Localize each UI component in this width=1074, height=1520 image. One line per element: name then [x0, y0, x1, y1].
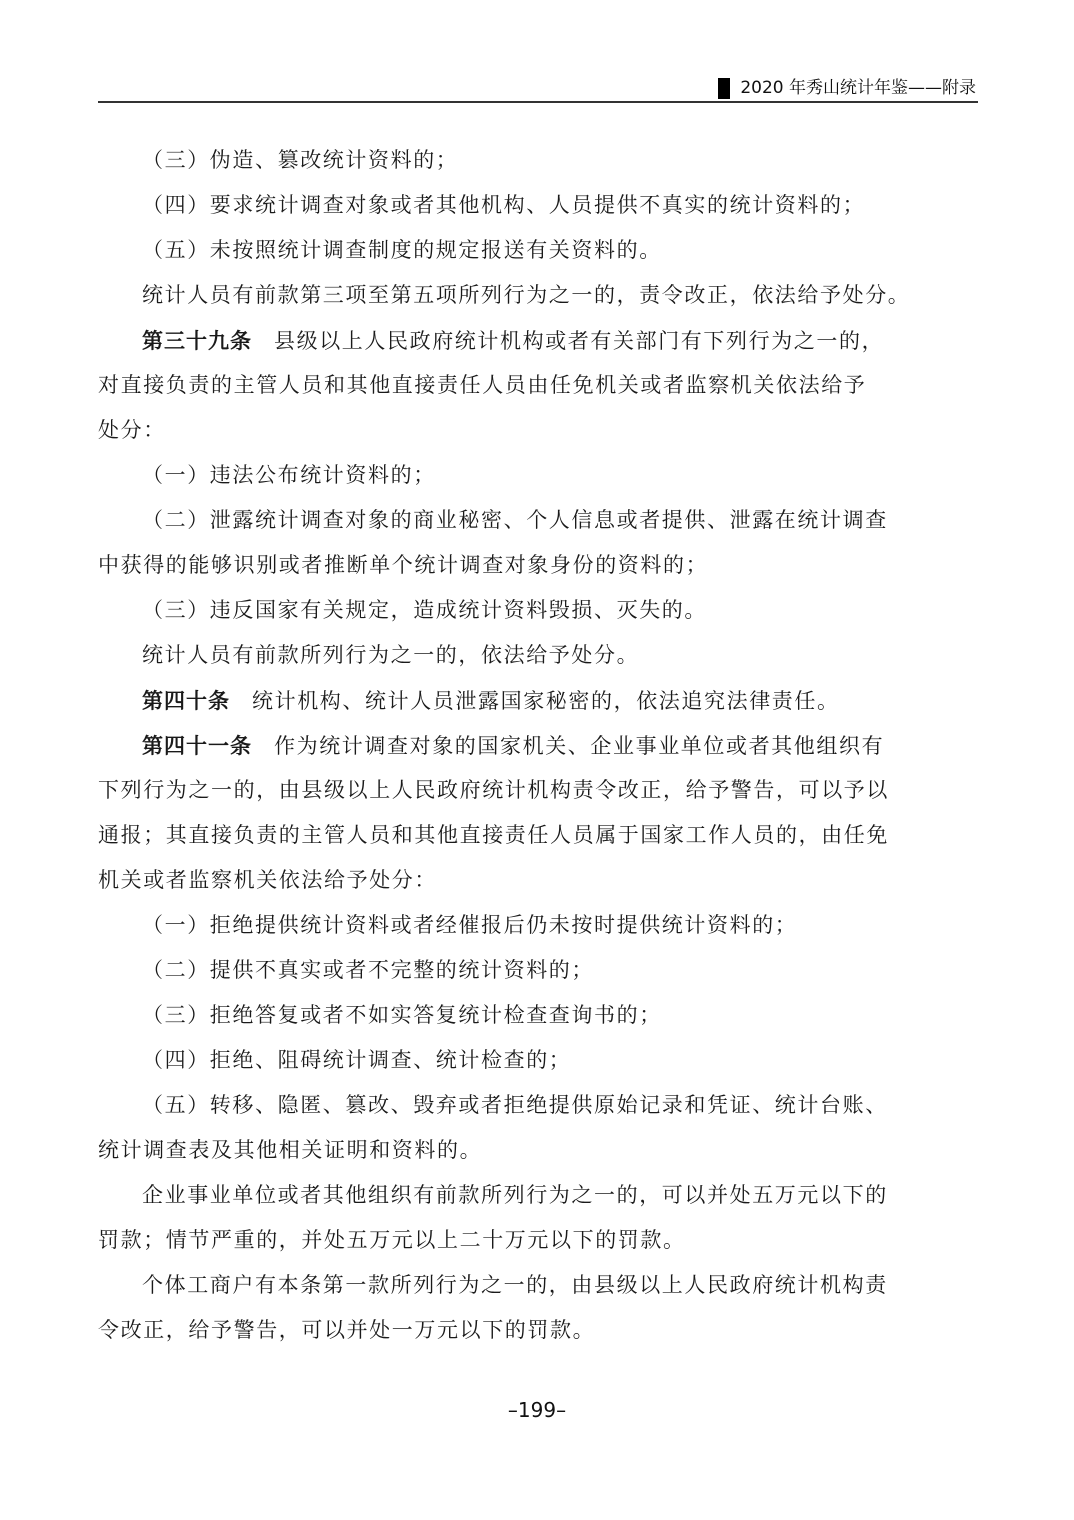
- line-text: 机关或者监察机关依法给予处分：: [98, 868, 437, 892]
- line-text: （一）拒绝提供统计资料或者经催报后仍未按时提供统计资料的；: [142, 913, 797, 937]
- header-marker-block: [718, 78, 730, 99]
- paragraph-line: （三）拒绝答复或者不如实答复统计检查查询书的；: [98, 993, 978, 1038]
- article-heading: 第三十九条: [142, 328, 252, 353]
- header-title: 2020 年秀山统计年鉴——附录: [740, 76, 976, 100]
- paragraph-line: （三）伪造、篡改统计资料的；: [98, 138, 978, 183]
- article-40-line: 第四十条统计机构、统计人员泄露国家秘密的，依法追究法律责任。: [98, 678, 978, 723]
- paragraph-line: （四）拒绝、阻碍统计调查、统计检查的；: [98, 1038, 978, 1083]
- line-text: 令改正，给予警告，可以并处一万元以下的罚款。: [98, 1318, 595, 1342]
- line-text: （三）违反国家有关规定，造成统计资料毁损、灭失的。: [142, 598, 707, 622]
- paragraph-line: 中获得的能够识别或者推断单个统计调查对象身份的资料的；: [98, 543, 978, 588]
- line-text: 企业事业单位或者其他组织有前款所列行为之一的，可以并处五万元以下的: [142, 1183, 888, 1207]
- article-heading: 第四十一条: [142, 733, 252, 758]
- header-divider: [98, 101, 978, 103]
- line-text: 作为统计调查对象的国家机关、企业事业单位或者其他组织有: [274, 734, 884, 758]
- paragraph-line: 机关或者监察机关依法给予处分：: [98, 858, 978, 903]
- line-text: 通报；其直接负责的主管人员和其他直接责任人员属于国家工作人员的，由任免: [98, 823, 889, 847]
- line-text: （三）伪造、篡改统计资料的；: [142, 148, 458, 172]
- paragraph-line: 罚款；情节严重的，并处五万元以上二十万元以下的罚款。: [98, 1218, 978, 1263]
- line-text: 个体工商户有本条第一款所列行为之一的，由县级以上人民政府统计机构责: [142, 1273, 888, 1297]
- paragraph-line: （二）提供不真实或者不完整的统计资料的；: [98, 948, 978, 993]
- line-text: （五）未按照统计调查制度的规定报送有关资料的。: [142, 238, 662, 262]
- paragraph-line: （一）违法公布统计资料的；: [98, 453, 978, 498]
- line-text: （三）拒绝答复或者不如实答复统计检查查询书的；: [142, 1003, 662, 1027]
- paragraph-line: 统计调查表及其他相关证明和资料的。: [98, 1128, 978, 1173]
- document-body: （三）伪造、篡改统计资料的； （四）要求统计调查对象或者其他机构、人员提供不真实…: [98, 138, 978, 1353]
- line-text: 统计人员有前款第三项至第五项所列行为之一的，责令改正，依法给予处分。: [142, 283, 910, 307]
- line-text: 统计人员有前款所列行为之一的，依法给予处分。: [142, 643, 639, 667]
- line-text: 县级以上人民政府统计机构或者有关部门有下列行为之一的，: [274, 329, 884, 353]
- paragraph-line: 通报；其直接负责的主管人员和其他直接责任人员属于国家工作人员的，由任免: [98, 813, 978, 858]
- header-title-wrap: 2020 年秀山统计年鉴——附录: [718, 76, 976, 100]
- line-text: （二）泄露统计调查对象的商业秘密、个人信息或者提供、泄露在统计调查: [142, 508, 888, 532]
- article-heading: 第四十条: [142, 688, 230, 713]
- line-text: 中获得的能够识别或者推断单个统计调查对象身份的资料的；: [98, 553, 708, 577]
- line-text: 下列行为之一的，由县级以上人民政府统计机构责令改正，给予警告，可以予以: [98, 778, 889, 802]
- paragraph-line: （二）泄露统计调查对象的商业秘密、个人信息或者提供、泄露在统计调查: [98, 498, 978, 543]
- line-text: 统计调查表及其他相关证明和资料的。: [98, 1138, 482, 1162]
- paragraph-line: 个体工商户有本条第一款所列行为之一的，由县级以上人民政府统计机构责: [98, 1263, 978, 1308]
- line-text: 统计机构、统计人员泄露国家秘密的，依法追究法律责任。: [252, 689, 840, 713]
- paragraph-line: 处分：: [98, 408, 978, 453]
- paragraph-line: （一）拒绝提供统计资料或者经催报后仍未按时提供统计资料的；: [98, 903, 978, 948]
- paragraph-line: 令改正，给予警告，可以并处一万元以下的罚款。: [98, 1308, 978, 1353]
- line-text: （四）要求统计调查对象或者其他机构、人员提供不真实的统计资料的；: [142, 193, 865, 217]
- line-text: （二）提供不真实或者不完整的统计资料的；: [142, 958, 594, 982]
- paragraph-line: （三）违反国家有关规定，造成统计资料毁损、灭失的。: [98, 588, 978, 633]
- paragraph-line: 统计人员有前款第三项至第五项所列行为之一的，责令改正，依法给予处分。: [98, 273, 978, 318]
- line-text: （四）拒绝、阻碍统计调查、统计检查的；: [142, 1048, 571, 1072]
- line-text: （一）违法公布统计资料的；: [142, 463, 436, 487]
- article-39-line: 第三十九条县级以上人民政府统计机构或者有关部门有下列行为之一的，: [98, 318, 978, 363]
- line-text: 对直接负责的主管人员和其他直接责任人员由任免机关或者监察机关依法给予: [98, 373, 866, 397]
- paragraph-line: 企业事业单位或者其他组织有前款所列行为之一的，可以并处五万元以下的: [98, 1173, 978, 1218]
- page-number: –199–: [0, 1398, 1074, 1422]
- line-text: 罚款；情节严重的，并处五万元以上二十万元以下的罚款。: [98, 1228, 686, 1252]
- paragraph-line: 统计人员有前款所列行为之一的，依法给予处分。: [98, 633, 978, 678]
- paragraph-line: （五）未按照统计调查制度的规定报送有关资料的。: [98, 228, 978, 273]
- paragraph-line: 对直接负责的主管人员和其他直接责任人员由任免机关或者监察机关依法给予: [98, 363, 978, 408]
- line-text: （五）转移、隐匿、篡改、毁弃或者拒绝提供原始记录和凭证、统计台账、: [142, 1093, 888, 1117]
- article-41-line: 第四十一条作为统计调查对象的国家机关、企业事业单位或者其他组织有: [98, 723, 978, 768]
- paragraph-line: （五）转移、隐匿、篡改、毁弃或者拒绝提供原始记录和凭证、统计台账、: [98, 1083, 978, 1128]
- paragraph-line: （四）要求统计调查对象或者其他机构、人员提供不真实的统计资料的；: [98, 183, 978, 228]
- running-header: 2020 年秀山统计年鉴——附录: [98, 76, 978, 102]
- paragraph-line: 下列行为之一的，由县级以上人民政府统计机构责令改正，给予警告，可以予以: [98, 768, 978, 813]
- line-text: 处分：: [98, 418, 166, 442]
